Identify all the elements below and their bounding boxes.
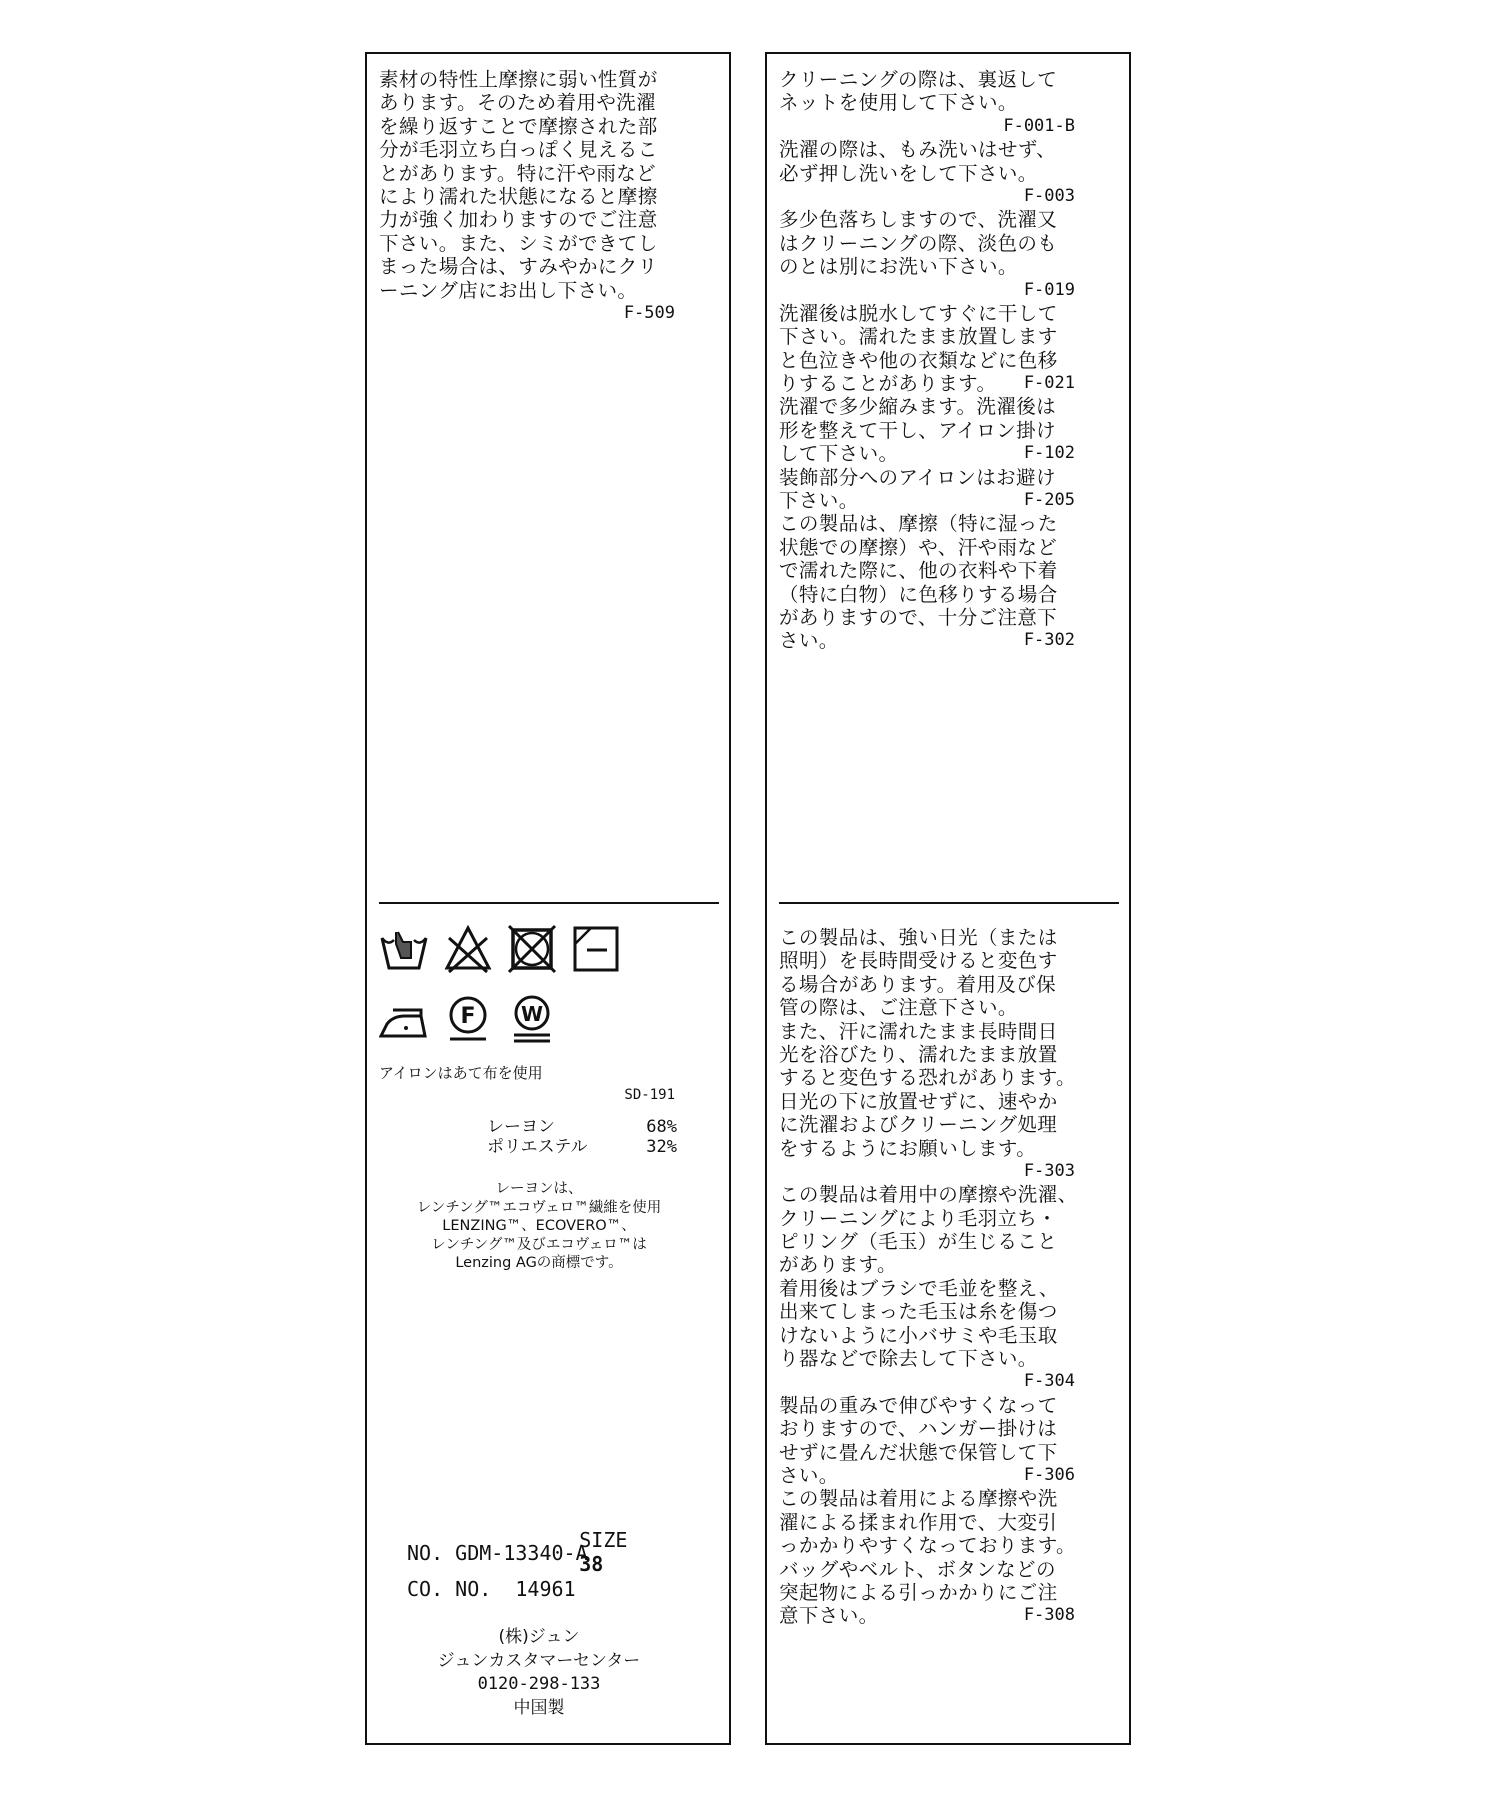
text-fragment: さい。: [779, 629, 839, 652]
text-line: この製品は着用中の摩擦や洗濯、: [779, 1183, 1075, 1206]
text-line: 分が毛羽立ち白っぽく見えるこ: [379, 138, 675, 161]
text-line: を繰り返すことで摩擦された部: [379, 115, 675, 138]
text-line: りすることがあります。 F-021: [779, 372, 1075, 395]
text-line: 装飾部分へのアイロンはお避け: [779, 466, 1075, 489]
text-line: り器などで除去して下さい。: [779, 1347, 1075, 1370]
care-code: SD-191: [624, 1087, 675, 1103]
text-line: 出来てしまった毛玉は糸を傷つ: [779, 1300, 1075, 1323]
text-line: すると変色する恐れがあります。: [779, 1066, 1075, 1089]
text-fragment: 下さい。: [779, 489, 859, 512]
text-line: 光を浴びたり、濡れたまま放置: [779, 1043, 1075, 1066]
no-bleach-icon: [443, 924, 493, 974]
country-of-origin: 中国製: [379, 1697, 699, 1721]
dry-clean-f-gentle-icon: F: [443, 994, 493, 1044]
text-line: 力が強く加わりますのでご注意: [379, 208, 675, 231]
notice-code: F-001-B: [779, 115, 1075, 138]
text-line: と色泣きや他の衣類などに色移: [779, 349, 1075, 372]
text-line: る場合があります。着用及び保: [779, 973, 1075, 996]
text-line: クリーニングにより毛羽立ち・: [779, 1207, 1075, 1230]
text-line: で濡れた際に、他の衣料や下着: [779, 559, 1075, 582]
notice-code: F-308: [1024, 1604, 1075, 1627]
material-percent: 32%: [646, 1137, 677, 1157]
care-label-left-panel: 素材の特性上摩擦に弱い性質が あります。そのため着用や洗濯 を繰り返すことで摩擦…: [365, 52, 731, 1745]
composition-row: レーヨン 68%: [487, 1117, 677, 1137]
note-line: レンチング™エコヴェロ™繊維を使用: [379, 1199, 699, 1218]
material-name: ポリエステル: [487, 1137, 587, 1157]
care-symbols-row-2: F W: [379, 994, 557, 1044]
care-instructions-top: クリーニングの際は、裏返して ネットを使用して下さい。 F-001-B 洗濯の際…: [779, 68, 1075, 653]
text-line: 照明）を長時間受けると変色す: [779, 949, 1075, 972]
notice-code: F-304: [779, 1370, 1075, 1393]
text-line: のとは別にお洗い下さい。: [779, 255, 1075, 278]
text-line: この製品は着用による摩擦や洗: [779, 1487, 1075, 1510]
text-line: に洗濯およびクリーニング処理: [779, 1113, 1075, 1136]
note-line: LENZING™、ECOVERO™、: [379, 1217, 699, 1236]
text-line: 意下さい。 F-308: [779, 1604, 1075, 1627]
text-line: 濯による揉まれ作用で、大変引: [779, 1511, 1075, 1534]
text-fragment: りすることがあります。: [779, 372, 996, 395]
text-line: 突起物による引っかかりにご注: [779, 1581, 1075, 1604]
customer-center: ジュンカスタマーセンター: [379, 1650, 699, 1674]
product-number: NO. GDM-13340-A: [407, 1541, 588, 1565]
notice-code: F-303: [779, 1160, 1075, 1183]
text-fragment: して下さい。: [779, 442, 898, 465]
notice-code: F-021: [1024, 372, 1075, 395]
notice-code: F-205: [1024, 489, 1075, 512]
notice-code: F-003: [779, 185, 1075, 208]
text-line: をするようにお願いします。: [779, 1137, 1075, 1160]
text-line: 洗濯で多少縮みます。洗濯後は: [779, 395, 1075, 418]
notice-code: F-302: [1024, 629, 1075, 652]
text-fragment: さい。: [779, 1464, 839, 1487]
notice-code: F-102: [1024, 442, 1075, 465]
text-line: 日光の下に放置せずに、速やか: [779, 1090, 1075, 1113]
text-line: 多少色落ちしますので、洗濯又: [779, 208, 1075, 231]
text-line: 着用後はブラシで毛並を整え、: [779, 1277, 1075, 1300]
text-line: があります。: [779, 1253, 1075, 1276]
text-fragment: 意下さい。: [779, 1604, 879, 1627]
section-divider: [779, 902, 1119, 904]
text-line: さい。 F-306: [779, 1464, 1075, 1487]
notice-code: F-306: [1024, 1464, 1075, 1487]
text-line: クリーニングの際は、裏返して: [779, 68, 1075, 91]
text-line: この製品は、摩擦（特に湿った: [779, 512, 1075, 535]
text-line: 製品の重みで伸びやすくなって: [779, 1394, 1075, 1417]
text-line: 管の際は、ご注意下さい。: [779, 996, 1075, 1019]
composition-row: ポリエステル 32%: [487, 1137, 677, 1157]
company-name: (株)ジュン: [379, 1626, 699, 1650]
text-line: また、汗に濡れたまま長時間日: [779, 1020, 1075, 1043]
text-line: 状態での摩擦）や、汗や雨など: [779, 536, 1075, 559]
section-divider: [379, 902, 719, 904]
no-tumble-dry-icon: [507, 924, 557, 974]
wet-clean-w-very-gentle-icon: W: [507, 994, 557, 1044]
text-line: 素材の特性上摩擦に弱い性質が: [379, 68, 675, 91]
text-line: により濡れた状態になると摩擦: [379, 185, 675, 208]
notice-code: F-509: [379, 302, 675, 325]
care-symbols-row-1: [379, 924, 621, 974]
care-label-right-panel: クリーニングの際は、裏返して ネットを使用して下さい。 F-001-B 洗濯の際…: [765, 52, 1131, 1745]
text-line: ネットを使用して下さい。: [779, 91, 1075, 114]
text-line: この製品は、強い日光（または: [779, 926, 1075, 949]
care-caption: アイロンはあて布を使用: [379, 1062, 543, 1083]
svg-text:F: F: [460, 1004, 475, 1029]
text-line: （特に白物）に色移りする場合: [779, 583, 1075, 606]
iron-low-icon: [379, 994, 429, 1044]
material-percent: 68%: [646, 1117, 677, 1137]
text-line: 下さい。また、シミができてし: [379, 232, 675, 255]
text-line: がありますので、十分ご注意下: [779, 606, 1075, 629]
text-line: 形を整えて干し、アイロン掛け: [779, 419, 1075, 442]
care-instructions-bottom: この製品は、強い日光（または 照明）を長時間受けると変色す る場合があります。着…: [779, 926, 1075, 1628]
note-line: Lenzing AGの商標です。: [379, 1254, 699, 1273]
text-line: 下さい。濡れたまま放置します: [779, 325, 1075, 348]
text-line: ーニング店にお出し下さい。: [379, 279, 675, 302]
company-info: (株)ジュン ジュンカスタマーセンター 0120-298-133 中国製: [379, 1626, 699, 1720]
text-line: 必ず押し洗いをして下さい。: [779, 162, 1075, 185]
note-line: レンチング™及びエコヴェロ™は: [379, 1236, 699, 1255]
text-line: 下さい。 F-205: [779, 489, 1075, 512]
text-line: はクリーニングの際、淡色のも: [779, 232, 1075, 255]
text-line: けないように小バサミや毛玉取: [779, 1324, 1075, 1347]
text-line: ピリング（毛玉）が生じること: [779, 1230, 1075, 1253]
text-line: とがあります。特に汗や雨など: [379, 162, 675, 185]
phone-number: 0120-298-133: [379, 1673, 699, 1697]
company-number: CO. NO. 14961: [407, 1577, 576, 1601]
text-line: っかかりやすくなっております。: [779, 1534, 1075, 1557]
hand-wash-icon: [379, 924, 429, 974]
material-name: レーヨン: [487, 1117, 555, 1137]
trademark-note: レーヨンは、 レンチング™エコヴェロ™繊維を使用 LENZING™、ECOVER…: [379, 1180, 699, 1273]
abrasion-warning-block: 素材の特性上摩擦に弱い性質が あります。そのため着用や洗濯 を繰り返すことで摩擦…: [379, 68, 675, 325]
svg-text:W: W: [521, 1002, 543, 1026]
text-line: さい。 F-302: [779, 629, 1075, 652]
text-line: 洗濯の際は、もみ洗いはせず、: [779, 138, 1075, 161]
text-line: バッグやベルト、ボタンなどの: [779, 1558, 1075, 1581]
text-line: 洗濯後は脱水してすぐに干して: [779, 302, 1075, 325]
text-line: して下さい。 F-102: [779, 442, 1075, 465]
text-line: せずに畳んだ状態で保管して下: [779, 1441, 1075, 1464]
note-line: レーヨンは、: [379, 1180, 699, 1199]
fiber-composition: レーヨン 68% ポリエステル 32%: [487, 1117, 677, 1157]
dry-flat-shade-icon: [571, 924, 621, 974]
text-line: あります。そのため着用や洗濯: [379, 91, 675, 114]
notice-code: F-019: [779, 279, 1075, 302]
text-line: まった場合は、すみやかにクリ: [379, 255, 675, 278]
text-line: おりますので、ハンガー掛けは: [779, 1417, 1075, 1440]
